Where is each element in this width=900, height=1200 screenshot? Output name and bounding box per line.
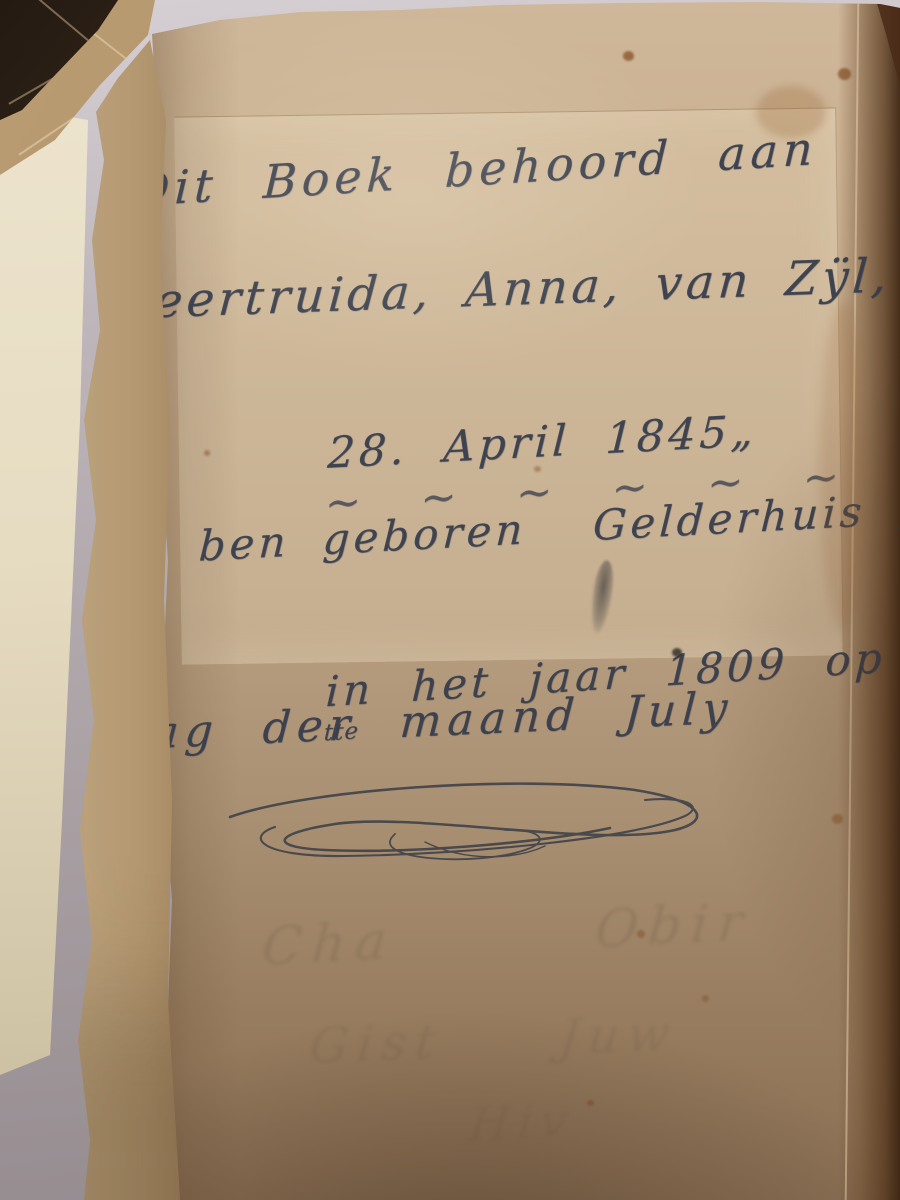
book-flyleaf-photo: Dit Boek behoord aan Geertruida, Anna, v… xyxy=(0,0,900,1200)
